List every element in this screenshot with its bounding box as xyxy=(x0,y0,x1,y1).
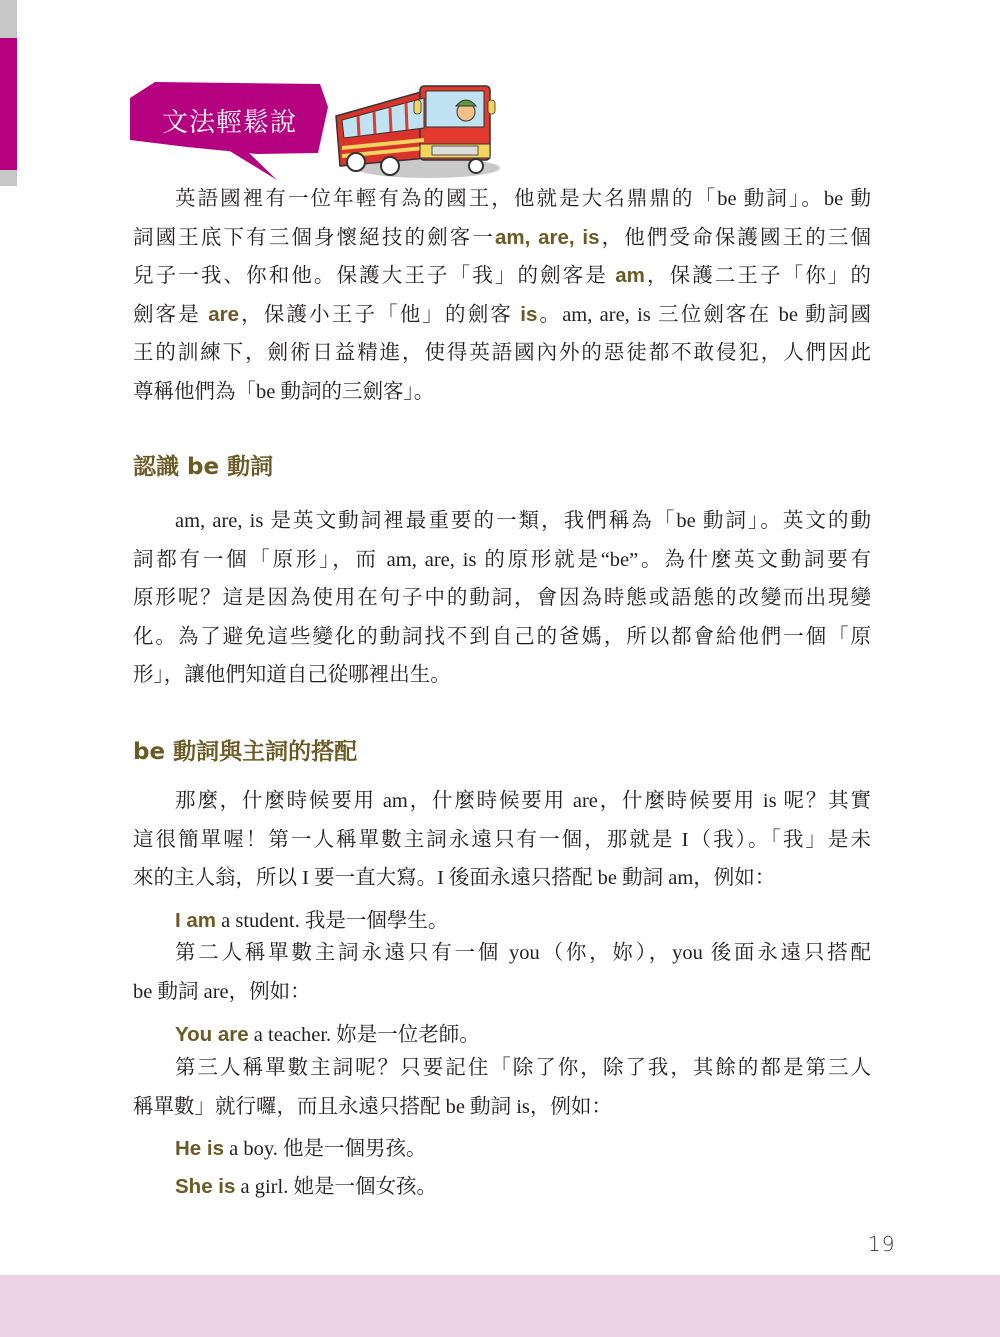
s2-line-3: 來的主人翁，所以 I 要一直大寫。I 後面永遠只搭配 be 動詞 am，例如： xyxy=(133,859,871,898)
s2-line-2: 這很簡單喔！第一人稱單數主詞永遠只有一個，那就是 I（我）。「我」是未 xyxy=(133,821,871,860)
section2-paragraph-2: 第二人稱單數主詞永遠只有一個 you（你，妳），you 後面永遠只搭配 be 動… xyxy=(133,934,871,1011)
intro-line-6: 尊稱他們為「be 動詞的三劍客」。 xyxy=(133,373,871,412)
s2p2-line-2: be 動詞 are，例如： xyxy=(133,973,871,1012)
s1-line-4: 化。為了避免這些變化的動詞找不到自己的爸媽，所以都會給他們一個「原 xyxy=(133,618,871,657)
chapter-tab-strip xyxy=(0,0,17,186)
text-span: 來的主人翁，所以 I 要一直大寫。I 後面永遠只搭配 be 動詞 am，例如： xyxy=(133,867,775,889)
highlight-term: He is xyxy=(175,1137,224,1160)
grammar-banner-bubble: 文法輕鬆說 xyxy=(128,80,333,182)
bus-with-driver-icon xyxy=(328,78,500,182)
text-span: a student. 我是一個學生。 xyxy=(216,910,448,932)
chapter-tab-gray-top xyxy=(0,0,17,38)
section-heading-recognize-be: 認識 be 動詞 xyxy=(133,448,273,481)
text-span: be 動詞 are，例如： xyxy=(133,981,311,1003)
text-span: 第三人稱單數主詞呢？只要記住「除了你，除了我，其餘的都是第三人 xyxy=(175,1057,871,1079)
highlight-term: I am xyxy=(175,909,216,932)
intro-line-5: 王的訓練下，劍術日益精進，使得英語國內外的惡徒都不敢侵犯，人們因此 xyxy=(133,334,871,373)
intro-line-2: 詞國王底下有三個身懷絕技的劍客一am, are, is，他們受命保護國王的三個 xyxy=(133,219,871,258)
text-span: 化。為了避免這些變化的動詞找不到自己的爸媽，所以都會給他們一個「原 xyxy=(133,626,871,648)
text-span: 這很簡單喔！第一人稱單數主詞永遠只有一個，那就是 I（我）。「我」是未 xyxy=(133,829,871,851)
text-span: a boy. 他是一個男孩。 xyxy=(224,1138,427,1160)
example-sentence-he-is: He is a boy. 他是一個男孩。 xyxy=(175,1131,427,1161)
text-span: am, are, is 是英文動詞裡最重要的一類，我們稱為「be 動詞」。英文的… xyxy=(175,510,871,532)
section2-paragraph-3: 第三人稱單數主詞呢？只要記住「除了你，除了我，其餘的都是第三人 稱單數」就行囉，… xyxy=(133,1049,871,1126)
highlight-term: She is xyxy=(175,1175,235,1198)
section2-paragraph-1: 那麼，什麼時候要用 am，什麼時候要用 are，什麼時候要用 is 呢？其實 這… xyxy=(133,782,871,898)
text-span: 詞國王底下有三個身懷絕技的劍客一 xyxy=(133,227,495,249)
highlight-term: am, are, is xyxy=(495,226,600,249)
page-number: 19 xyxy=(868,1232,895,1256)
text-span: 原形呢？這是因為使用在句子中的動詞，會因為時態或語態的改變而出現變 xyxy=(133,587,871,609)
intro-paragraph: 英語國裡有一位年輕有為的國王，他就是大名鼎鼎的「be 動詞」。be 動 詞國王底… xyxy=(133,180,871,411)
banner-title: 文法輕鬆說 xyxy=(162,102,297,139)
text-span: 第二人稱單數主詞永遠只有一個 you（你，妳），you 後面永遠只搭配 xyxy=(175,942,871,964)
footer-band xyxy=(0,1275,1000,1337)
text-span: 。am, are, is 三位劍客在 be 動詞國 xyxy=(537,304,871,326)
text-span: 劍客是 xyxy=(133,304,208,326)
text-span: ，他們受命保護國王的三個 xyxy=(600,227,871,249)
text-span: a girl. 她是一個女孩。 xyxy=(235,1176,437,1198)
highlight-term: You are xyxy=(175,1023,249,1046)
s1-line-3: 原形呢？這是因為使用在句子中的動詞，會因為時態或語態的改變而出現變 xyxy=(133,579,871,618)
s1-line-2: 詞都有一個「原形」，而 am, are, is 的原形就是“be”。為什麼英文動… xyxy=(133,541,871,580)
intro-line-3: 兒子一我、你和他。保護大王子「我」的劍客是 am，保護二王子「你」的 xyxy=(133,257,871,296)
text-span: ，保護小王子「他」的劍客 xyxy=(239,304,520,326)
s2p3-line-1: 第三人稱單數主詞呢？只要記住「除了你，除了我，其餘的都是第三人 xyxy=(133,1049,871,1088)
example-sentence-she-is: She is a girl. 她是一個女孩。 xyxy=(175,1169,437,1199)
s2p3-line-2: 稱單數」就行囉，而且永遠只搭配 be 動詞 is，例如： xyxy=(133,1088,871,1127)
text-span: 英語國裡有一位年輕有為的國王，他就是大名鼎鼎的「be 動詞」。be 動 xyxy=(175,188,871,210)
highlight-term: are xyxy=(208,303,239,326)
text-span: 王的訓練下，劍術日益精進，使得英語國內外的惡徒都不敢侵犯，人們因此 xyxy=(133,342,871,364)
text-span: 詞都有一個「原形」，而 am, are, is 的原形就是“be”。為什麼英文動… xyxy=(133,549,871,571)
text-span: ，保護二王子「你」的 xyxy=(645,265,871,287)
s2p2-line-1: 第二人稱單數主詞永遠只有一個 you（你，妳），you 後面永遠只搭配 xyxy=(133,934,871,973)
section1-paragraph: am, are, is 是英文動詞裡最重要的一類，我們稱為「be 動詞」。英文的… xyxy=(133,502,871,695)
highlight-term: am xyxy=(615,264,645,287)
chapter-tab-magenta xyxy=(0,38,17,170)
text-span: 尊稱他們為「be 動詞的三劍客」。 xyxy=(133,381,434,403)
highlight-term: is xyxy=(520,303,537,326)
text-span: 那麼，什麼時候要用 am，什麼時候要用 are，什麼時候要用 is 呢？其實 xyxy=(175,790,871,812)
text-span: 形」，讓他們知道自己從哪裡出生。 xyxy=(133,664,451,686)
intro-line-1: 英語國裡有一位年輕有為的國王，他就是大名鼎鼎的「be 動詞」。be 動 xyxy=(133,180,871,219)
s1-line-1: am, are, is 是英文動詞裡最重要的一類，我們稱為「be 動詞」。英文的… xyxy=(133,502,871,541)
example-sentence-you-are: You are a teacher. 妳是一位老師。 xyxy=(175,1017,480,1047)
s2-line-1: 那麼，什麼時候要用 am，什麼時候要用 are，什麼時候要用 is 呢？其實 xyxy=(133,782,871,821)
text-span: 稱單數」就行囉，而且永遠只搭配 be 動詞 is，例如： xyxy=(133,1096,612,1118)
section-heading-be-subject: be 動詞與主詞的搭配 xyxy=(133,733,357,766)
text-span: 兒子一我、你和他。保護大王子「我」的劍客是 xyxy=(133,265,615,287)
intro-line-4: 劍客是 are，保護小王子「他」的劍客 is。am, are, is 三位劍客在… xyxy=(133,296,871,335)
example-sentence-i-am: I am a student. 我是一個學生。 xyxy=(175,903,448,933)
s1-line-5: 形」，讓他們知道自己從哪裡出生。 xyxy=(133,656,871,695)
chapter-tab-gray-bottom xyxy=(0,170,17,186)
text-span: a teacher. 妳是一位老師。 xyxy=(249,1024,480,1046)
